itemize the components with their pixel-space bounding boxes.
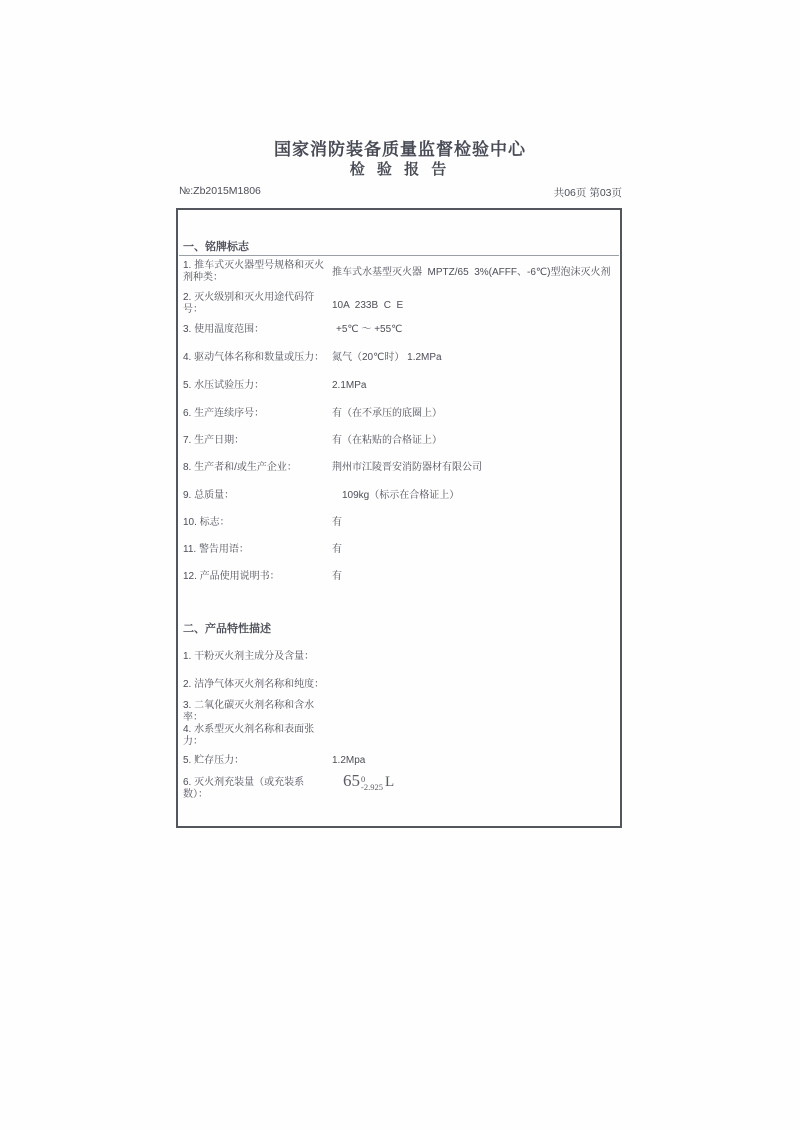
row-label: 8. 生产者和/或生产企业： [183,462,335,474]
row-value: 有（在不承压的底圈上） [332,408,616,420]
row-label: 10. 标志： [183,517,335,529]
row-label: 11. 警告用语： [183,544,335,556]
row-value: 推车式水基型灭火器 MPTZ/65 3%(AFFF、-6℃)型泡沫灭火剂 [332,267,616,279]
row-label: 2. 洁净气体灭火剂名称和纯度： [183,679,335,691]
tolerance-lower: -2.925 [361,783,383,791]
row-label: 2. 灭火级别和灭火用途代码符 号： [183,292,335,316]
row-label: 7. 生产日期： [183,435,335,447]
row-value: 有 [332,571,616,583]
row-value: 有（在粘贴的合格证上） [332,435,616,447]
row-value: 10A 233B C E [332,300,616,312]
row-label: 3. 二氧化碳灭火剂名称和含水 率： [183,700,335,724]
row-label: 5. 贮存压力： [183,755,335,767]
report-subtitle: 检 验 报 告 [0,158,800,179]
row-label: 9. 总质量： [183,490,335,502]
row-label: 1. 干粉灭火剂主成分及含量： [183,651,335,663]
row-value: 2.1MPa [332,380,616,392]
fill-quantity-unit: L [385,774,394,790]
page-indicator: 共06页 第03页 [176,185,622,200]
section-divider [179,255,619,256]
row-label: 3. 使用温度范围： [183,324,335,336]
row-value: 109kg（标示在合格证上） [342,490,616,502]
row-value: 氮气（20℃时） 1.2MPa [332,352,616,364]
row-label: 6. 灭火剂充装量（或充装系 数）： [183,777,335,801]
row-value: 有 [332,517,616,529]
row-label: 6. 生产连续序号： [183,408,335,420]
row-value: 有 [332,544,616,556]
row-label: 5. 水压试验压力： [183,380,335,392]
row-value: 1.2Mpa [332,755,616,767]
scanned-report-page: 国家消防装备质量监督检验中心 检 验 报 告 №:Zb2015M1806 共06… [0,0,800,1130]
row-value: 荆州市江陵晋安消防器材有限公司 [332,462,616,474]
report-table: 一、铭牌标志1. 推车式灭火器型号规格和灭火 剂种类：推车式水基型灭火器 MPT… [176,208,622,828]
row-value: 650-2.925L [343,775,616,792]
row-label: 4. 驱动气体名称和数量或压力： [183,352,335,364]
report-title: 国家消防装备质量监督检验中心 [0,135,800,160]
fill-quantity-tolerance: 0-2.925 [361,775,383,791]
section-heading: 二、产品特性描述 [183,620,271,636]
section-heading: 一、铭牌标志 [183,238,249,254]
row-label: 1. 推车式灭火器型号规格和灭火 剂种类： [183,260,335,284]
row-label: 4. 水系型灭火剂名称和表面张 力： [183,724,335,748]
row-value: +5℃ ～ +55℃ [336,324,616,336]
fill-quantity-main: 65 [343,771,360,790]
row-label: 12. 产品使用说明书： [183,571,335,583]
